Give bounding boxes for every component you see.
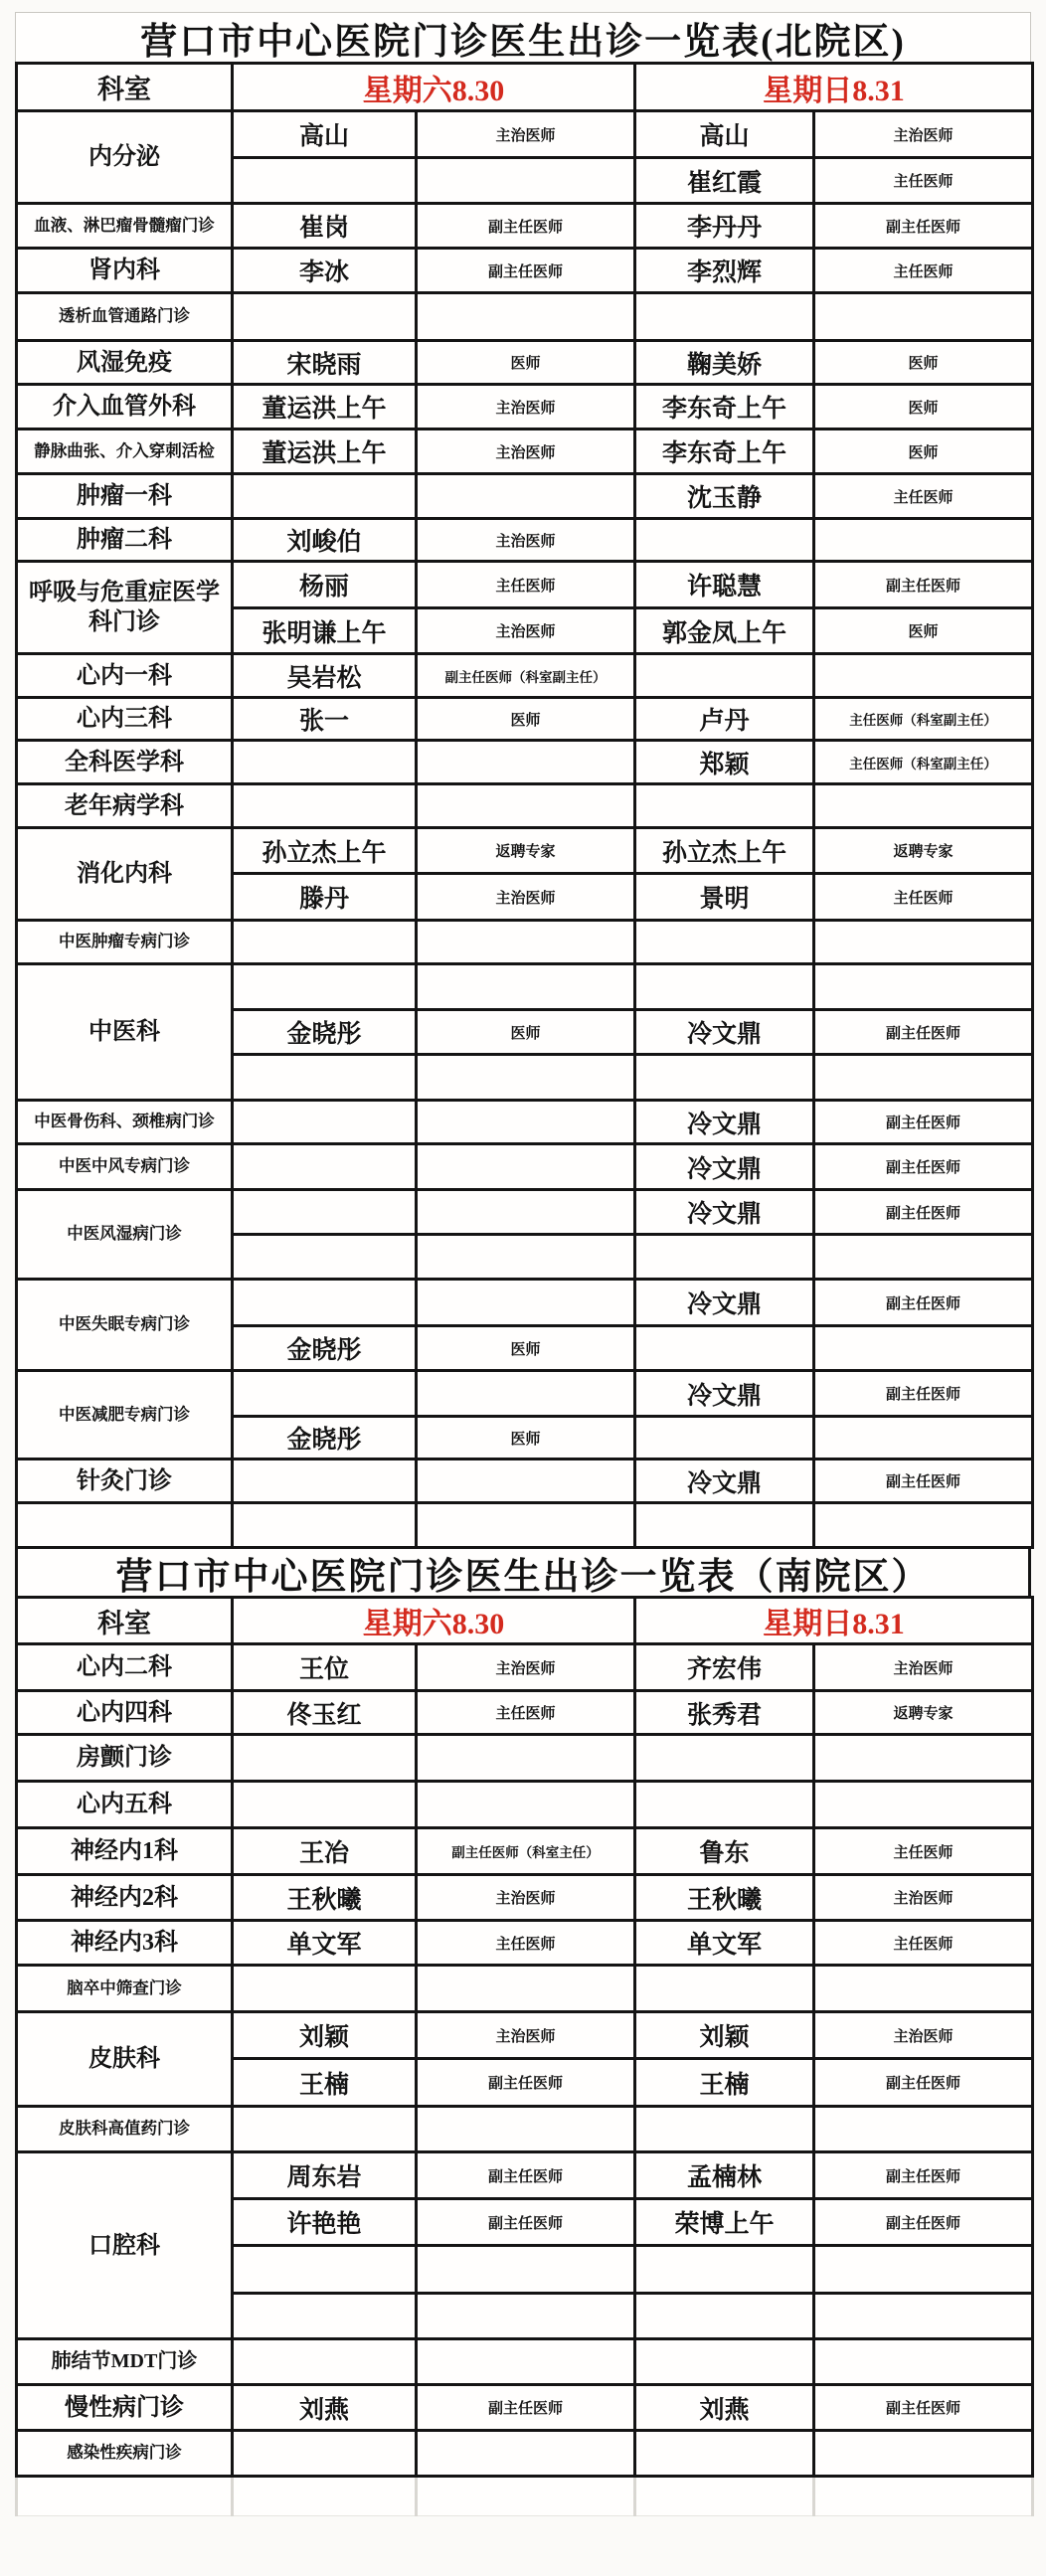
- department-cell: 内分泌: [17, 111, 233, 204]
- doctor-title-cell: 主治医师: [417, 874, 635, 921]
- doctor-name-cell: 张一: [233, 698, 417, 741]
- saturday-column-header: 星期六8.30: [233, 1598, 635, 1644]
- doctor-title-cell: 主任医师: [814, 1921, 1033, 1966]
- doctor-name-cell: [233, 1144, 417, 1190]
- doctor-title-cell: 副主任医师: [814, 1144, 1033, 1190]
- doctor-name-cell: [635, 2107, 814, 2152]
- department-cell: 神经内3科: [17, 1921, 233, 1966]
- doctor-name-cell: 单文军: [233, 1921, 417, 1966]
- department-cell: 神经内2科: [17, 1875, 233, 1921]
- doctor-name-cell: 金晓彤: [233, 1010, 417, 1055]
- doctor-title-cell: 医师: [417, 1417, 635, 1460]
- north-section-title: 营口市中心医院门诊医生出诊一览表(北院区): [15, 12, 1031, 62]
- table-row: 肺结节MDT门诊: [17, 2339, 1033, 2385]
- doctor-name-cell: [635, 2339, 814, 2385]
- doctor-name-cell: 董运洪上午: [233, 385, 417, 429]
- doctor-title-cell: 副主任医师: [814, 2152, 1033, 2199]
- doctor-name-cell: [635, 293, 814, 341]
- doctor-title-cell: 主治医师: [417, 385, 635, 429]
- doctor-title-cell: [814, 964, 1033, 1010]
- doctor-title-cell: 主任医师: [417, 1691, 635, 1735]
- doctor-title-cell: 主治医师: [417, 1644, 635, 1691]
- sunday-column-header: 星期日8.31: [635, 64, 1033, 111]
- table-row: 血液、淋巴瘤骨髓瘤门诊崔岗副主任医师李丹丹副主任医师: [17, 204, 1033, 249]
- doctor-name-cell: [635, 921, 814, 964]
- doctor-title-cell: [814, 2294, 1033, 2339]
- doctor-name-cell: 杨丽: [233, 562, 417, 608]
- doctor-name-cell: [233, 2477, 417, 2516]
- doctor-title-cell: [417, 474, 635, 519]
- table-row: 消化内科孙立杰上午返聘专家孙立杰上午返聘专家: [17, 828, 1033, 874]
- doctor-title-cell: [417, 2431, 635, 2477]
- doctor-title-cell: [814, 921, 1033, 964]
- doctor-title-cell: [417, 1101, 635, 1144]
- doctor-name-cell: [233, 1966, 417, 2012]
- doctor-title-cell: 主治医师: [814, 111, 1033, 158]
- table-row: 介入血管外科董运洪上午主治医师李东奇上午医师: [17, 385, 1033, 429]
- doctor-title-cell: 返聘专家: [814, 828, 1033, 874]
- doctor-title-cell: 副主任医师: [814, 1371, 1033, 1417]
- doctor-title-cell: [417, 1371, 635, 1417]
- schedule-section-south: 营口市中心医院门诊医生出诊一览表（南院区） 科室 星期六8.30 星期日8.31…: [15, 1549, 1031, 2516]
- doctor-title-cell: 副主任医师: [417, 2199, 635, 2246]
- doctor-title-cell: [417, 1735, 635, 1782]
- doctor-name-cell: 冷文鼎: [635, 1371, 814, 1417]
- doctor-title-cell: [814, 1735, 1033, 1782]
- doctor-name-cell: [233, 1503, 417, 1548]
- doctor-name-cell: 冷文鼎: [635, 1144, 814, 1190]
- doctor-name-cell: 鞠美娇: [635, 341, 814, 385]
- doctor-title-cell: [814, 654, 1033, 698]
- department-cell: 心内三科: [17, 698, 233, 741]
- doctor-name-cell: 高山: [635, 111, 814, 158]
- schedule-section-north: 营口市中心医院门诊医生出诊一览表(北院区) 科室 星期六8.30 星期日8.31…: [15, 12, 1031, 1549]
- doctor-name-cell: [233, 1371, 417, 1417]
- table-row: 心内三科张一医师卢丹主任医师（科室副主任）: [17, 698, 1033, 741]
- doctor-title-cell: 主治医师: [417, 111, 635, 158]
- department-cell: 针灸门诊: [17, 1460, 233, 1503]
- north-schedule-table: 科室 星期六8.30 星期日8.31 内分泌高山主治医师高山主治医师崔红霞主任医…: [15, 62, 1034, 1549]
- doctor-name-cell: 王冶: [233, 1828, 417, 1875]
- department-cell: 全科医学科: [17, 741, 233, 784]
- doctor-name-cell: [635, 784, 814, 828]
- doctor-name-cell: [233, 1055, 417, 1101]
- doctor-name-cell: 卢丹: [635, 698, 814, 741]
- doctor-name-cell: [233, 964, 417, 1010]
- doctor-title-cell: 主任医师: [417, 562, 635, 608]
- department-cell: 皮肤科: [17, 2012, 233, 2107]
- department-cell: 肿瘤一科: [17, 474, 233, 519]
- doctor-title-cell: [417, 2339, 635, 2385]
- doctor-name-cell: 张秀君: [635, 1691, 814, 1735]
- doctor-title-cell: [814, 2477, 1033, 2516]
- table-row: 神经内1科王冶副主任医师（科室主任）鲁东主任医师: [17, 1828, 1033, 1875]
- doctor-name-cell: 李东奇上午: [635, 385, 814, 429]
- doctor-title-cell: 医师: [417, 1010, 635, 1055]
- doctor-name-cell: 刘燕: [635, 2385, 814, 2431]
- table-row: 口腔科周东岩副主任医师孟楠林副主任医师: [17, 2152, 1033, 2199]
- doctor-name-cell: [233, 1280, 417, 1326]
- department-cell: 肿瘤二科: [17, 519, 233, 562]
- doctor-name-cell: 金晓彤: [233, 1417, 417, 1460]
- doctor-title-cell: 副主任医师: [814, 1101, 1033, 1144]
- doctor-title-cell: 副主任医师（科室主任）: [417, 1828, 635, 1875]
- table-row: 针灸门诊冷文鼎副主任医师: [17, 1460, 1033, 1503]
- doctor-title-cell: [417, 1190, 635, 1235]
- doctor-name-cell: [635, 964, 814, 1010]
- doctor-title-cell: [417, 1460, 635, 1503]
- doctor-title-cell: [417, 1144, 635, 1190]
- doctor-title-cell: [417, 1966, 635, 2012]
- table-row: 肾内科李冰副主任医师李烈辉主任医师: [17, 249, 1033, 293]
- doctor-name-cell: [635, 2294, 814, 2339]
- header-row: 科室 星期六8.30 星期日8.31: [17, 64, 1033, 111]
- department-cell: 感染性疾病门诊: [17, 2431, 233, 2477]
- doctor-name-cell: [233, 1190, 417, 1235]
- doctor-name-cell: 王秋曦: [635, 1875, 814, 1921]
- table-row: 心内五科: [17, 1782, 1033, 1828]
- department-cell: 中医风湿病门诊: [17, 1190, 233, 1280]
- department-cell: 心内一科: [17, 654, 233, 698]
- doctor-title-cell: 副主任医师（科室副主任）: [417, 654, 635, 698]
- table-row: 心内一科吴岩松副主任医师（科室副主任）: [17, 654, 1033, 698]
- doctor-title-cell: 主任医师: [814, 1828, 1033, 1875]
- doctor-title-cell: 医师: [814, 341, 1033, 385]
- doctor-name-cell: [233, 2339, 417, 2385]
- department-cell: [17, 2477, 233, 2516]
- doctor-title-cell: 主治医师: [814, 1875, 1033, 1921]
- doctor-name-cell: 王位: [233, 1644, 417, 1691]
- department-cell: 心内四科: [17, 1691, 233, 1735]
- doctor-name-cell: 金晓彤: [233, 1326, 417, 1371]
- table-row: 肿瘤二科刘峻伯主治医师: [17, 519, 1033, 562]
- doctor-title-cell: 主治医师: [417, 1875, 635, 1921]
- doctor-title-cell: [814, 1503, 1033, 1548]
- doctor-name-cell: 景明: [635, 874, 814, 921]
- doctor-title-cell: 副主任医师: [814, 1280, 1033, 1326]
- doctor-title-cell: [814, 1055, 1033, 1101]
- table-row: [17, 2477, 1033, 2516]
- doctor-title-cell: 主任医师（科室副主任）: [814, 741, 1033, 784]
- doctor-name-cell: 李东奇上午: [635, 429, 814, 474]
- doctor-name-cell: 鲁东: [635, 1828, 814, 1875]
- doctor-title-cell: 主任医师: [814, 158, 1033, 204]
- doctor-name-cell: [635, 1326, 814, 1371]
- table-row: 风湿免疫宋晓雨医师鞠美娇医师: [17, 341, 1033, 385]
- doctor-title-cell: 医师: [417, 1326, 635, 1371]
- doctor-title-cell: [814, 1326, 1033, 1371]
- department-cell: 老年病学科: [17, 784, 233, 828]
- doctor-title-cell: 主治医师: [417, 429, 635, 474]
- doctor-name-cell: [233, 2294, 417, 2339]
- doctor-name-cell: 许聪慧: [635, 562, 814, 608]
- department-column-header: 科室: [17, 1598, 233, 1644]
- doctor-title-cell: [814, 1235, 1033, 1280]
- doctor-title-cell: [417, 158, 635, 204]
- doctor-name-cell: [233, 1101, 417, 1144]
- table-row: 肿瘤一科沈玉静主任医师: [17, 474, 1033, 519]
- doctor-title-cell: [814, 1782, 1033, 1828]
- doctor-name-cell: 沈玉静: [635, 474, 814, 519]
- doctor-title-cell: 副主任医师: [417, 249, 635, 293]
- doctor-name-cell: [233, 158, 417, 204]
- doctor-title-cell: [417, 784, 635, 828]
- table-row: 皮肤科高值药门诊: [17, 2107, 1033, 2152]
- doctor-title-cell: [417, 293, 635, 341]
- doctor-name-cell: 王楠: [635, 2059, 814, 2107]
- doctor-title-cell: [417, 741, 635, 784]
- doctor-name-cell: [635, 2246, 814, 2294]
- department-cell: 中医肿瘤专病门诊: [17, 921, 233, 964]
- table-row: 心内四科佟玉红主任医师张秀君返聘专家: [17, 1691, 1033, 1735]
- doctor-name-cell: [233, 921, 417, 964]
- doctor-name-cell: 董运洪上午: [233, 429, 417, 474]
- doctor-title-cell: [417, 1280, 635, 1326]
- department-cell: 介入血管外科: [17, 385, 233, 429]
- south-table-body: 心内二科王位主治医师齐宏伟主治医师心内四科佟玉红主任医师张秀君返聘专家房颤门诊心…: [17, 1644, 1033, 2516]
- department-cell: 肾内科: [17, 249, 233, 293]
- doctor-title-cell: 主任医师（科室副主任）: [814, 698, 1033, 741]
- doctor-name-cell: 冷文鼎: [635, 1010, 814, 1055]
- doctor-name-cell: [233, 2107, 417, 2152]
- doctor-title-cell: 主治医师: [814, 2012, 1033, 2059]
- doctor-title-cell: [814, 1417, 1033, 1460]
- doctor-title-cell: 副主任医师: [814, 204, 1033, 249]
- doctor-name-cell: 李烈辉: [635, 249, 814, 293]
- doctor-name-cell: [635, 1417, 814, 1460]
- doctor-name-cell: [233, 1460, 417, 1503]
- doctor-name-cell: 高山: [233, 111, 417, 158]
- table-row: 老年病学科: [17, 784, 1033, 828]
- table-row: 感染性疾病门诊: [17, 2431, 1033, 2477]
- doctor-name-cell: [233, 1735, 417, 1782]
- doctor-title-cell: [814, 2107, 1033, 2152]
- department-cell: 中医中风专病门诊: [17, 1144, 233, 1190]
- doctor-name-cell: [635, 1735, 814, 1782]
- table-row: 房颤门诊: [17, 1735, 1033, 1782]
- department-cell: 脑卒中筛查门诊: [17, 1966, 233, 2012]
- doctor-name-cell: [635, 654, 814, 698]
- table-row: 内分泌高山主治医师高山主治医师: [17, 111, 1033, 158]
- header-row: 科室 星期六8.30 星期日8.31: [17, 1598, 1033, 1644]
- department-cell: 慢性病门诊: [17, 2385, 233, 2431]
- table-row: 中医肿瘤专病门诊: [17, 921, 1033, 964]
- doctor-name-cell: 张明谦上午: [233, 608, 417, 654]
- doctor-title-cell: 医师: [814, 429, 1033, 474]
- department-cell: 口腔科: [17, 2152, 233, 2339]
- doctor-title-cell: 返聘专家: [417, 828, 635, 874]
- doctor-name-cell: [233, 784, 417, 828]
- doctor-title-cell: 副主任医师: [814, 1010, 1033, 1055]
- department-cell: 心内二科: [17, 1644, 233, 1691]
- table-row: [17, 1503, 1033, 1548]
- south-schedule-table: 科室 星期六8.30 星期日8.31 心内二科王位主治医师齐宏伟主治医师心内四科…: [15, 1596, 1034, 2516]
- doctor-title-cell: 主治医师: [417, 608, 635, 654]
- table-row: 中医减肥专病门诊冷文鼎副主任医师: [17, 1371, 1033, 1417]
- doctor-name-cell: [635, 1782, 814, 1828]
- doctor-title-cell: [417, 2107, 635, 2152]
- doctor-title-cell: 医师: [814, 385, 1033, 429]
- doctor-name-cell: 滕丹: [233, 874, 417, 921]
- doctor-name-cell: 刘峻伯: [233, 519, 417, 562]
- doctor-name-cell: [233, 2431, 417, 2477]
- doctor-name-cell: 孙立杰上午: [635, 828, 814, 874]
- doctor-title-cell: 副主任医师: [417, 2152, 635, 2199]
- doctor-name-cell: 刘颖: [233, 2012, 417, 2059]
- doctor-title-cell: [814, 2431, 1033, 2477]
- doctor-name-cell: [635, 1503, 814, 1548]
- doctor-name-cell: 郑颖: [635, 741, 814, 784]
- sunday-column-header: 星期日8.31: [635, 1598, 1033, 1644]
- doctor-name-cell: [635, 1235, 814, 1280]
- doctor-title-cell: [814, 519, 1033, 562]
- doctor-title-cell: 主任医师: [814, 474, 1033, 519]
- doctor-name-cell: 王秋曦: [233, 1875, 417, 1921]
- table-row: 中医骨伤科、颈椎病门诊冷文鼎副主任医师: [17, 1101, 1033, 1144]
- doctor-title-cell: [417, 1782, 635, 1828]
- department-cell: 透析血管通路门诊: [17, 293, 233, 341]
- doctor-title-cell: 返聘专家: [814, 1691, 1033, 1735]
- doctor-title-cell: 医师: [417, 698, 635, 741]
- doctor-title-cell: 副主任医师: [814, 1190, 1033, 1235]
- doctor-title-cell: 主任医师: [814, 249, 1033, 293]
- doctor-name-cell: [635, 1966, 814, 2012]
- doctor-name-cell: [635, 519, 814, 562]
- north-table-body: 内分泌高山主治医师高山主治医师崔红霞主任医师血液、淋巴瘤骨髓瘤门诊崔岗副主任医师…: [17, 111, 1033, 1548]
- doctor-title-cell: 主任医师: [417, 1921, 635, 1966]
- doctor-title-cell: 副主任医师: [814, 2385, 1033, 2431]
- doctor-name-cell: 刘颖: [635, 2012, 814, 2059]
- doctor-name-cell: 吴岩松: [233, 654, 417, 698]
- saturday-column-header: 星期六8.30: [233, 64, 635, 111]
- doctor-title-cell: [417, 1503, 635, 1548]
- table-row: 全科医学科郑颖主任医师（科室副主任）: [17, 741, 1033, 784]
- doctor-name-cell: 李丹丹: [635, 204, 814, 249]
- doctor-name-cell: [635, 2431, 814, 2477]
- doctor-title-cell: 副主任医师: [814, 2199, 1033, 2246]
- doctor-title-cell: [417, 2246, 635, 2294]
- doctor-title-cell: [814, 2339, 1033, 2385]
- doctor-name-cell: 冷文鼎: [635, 1280, 814, 1326]
- doctor-title-cell: [417, 964, 635, 1010]
- doctor-name-cell: 单文军: [635, 1921, 814, 1966]
- doctor-name-cell: [233, 741, 417, 784]
- table-row: 脑卒中筛查门诊: [17, 1966, 1033, 2012]
- doctor-title-cell: [814, 293, 1033, 341]
- doctor-title-cell: 副主任医师: [814, 1460, 1033, 1503]
- department-cell: 中医科: [17, 964, 233, 1101]
- doctor-title-cell: 主治医师: [417, 2012, 635, 2059]
- department-column-header: 科室: [17, 64, 233, 111]
- table-row: 神经内2科王秋曦主治医师王秋曦主治医师: [17, 1875, 1033, 1921]
- doctor-title-cell: [417, 2294, 635, 2339]
- doctor-title-cell: 副主任医师: [417, 2385, 635, 2431]
- doctor-title-cell: [417, 1055, 635, 1101]
- doctor-name-cell: [233, 1235, 417, 1280]
- doctor-name-cell: [233, 2246, 417, 2294]
- doctor-title-cell: 副主任医师: [417, 2059, 635, 2107]
- doctor-name-cell: 冷文鼎: [635, 1190, 814, 1235]
- doctor-name-cell: 王楠: [233, 2059, 417, 2107]
- doctor-name-cell: 孙立杰上午: [233, 828, 417, 874]
- table-row: 中医中风专病门诊冷文鼎副主任医师: [17, 1144, 1033, 1190]
- doctor-name-cell: 崔岗: [233, 204, 417, 249]
- doctor-name-cell: 郭金凤上午: [635, 608, 814, 654]
- doctor-title-cell: [417, 1235, 635, 1280]
- doctor-name-cell: [635, 1055, 814, 1101]
- department-cell: 房颤门诊: [17, 1735, 233, 1782]
- table-row: 透析血管通路门诊: [17, 293, 1033, 341]
- doctor-name-cell: 齐宏伟: [635, 1644, 814, 1691]
- table-row: 慢性病门诊刘燕副主任医师刘燕副主任医师: [17, 2385, 1033, 2431]
- department-cell: 呼吸与危重症医学科门诊: [17, 562, 233, 654]
- doctor-name-cell: 崔红霞: [635, 158, 814, 204]
- table-row: 心内二科王位主治医师齐宏伟主治医师: [17, 1644, 1033, 1691]
- department-cell: 肺结节MDT门诊: [17, 2339, 233, 2385]
- table-row: 中医失眠专病门诊冷文鼎副主任医师: [17, 1280, 1033, 1326]
- department-cell: [17, 1503, 233, 1548]
- doctor-name-cell: 荣博上午: [635, 2199, 814, 2246]
- doctor-name-cell: 孟楠林: [635, 2152, 814, 2199]
- department-cell: 中医骨伤科、颈椎病门诊: [17, 1101, 233, 1144]
- department-cell: 静脉曲张、介入穿刺活检: [17, 429, 233, 474]
- doctor-name-cell: 周东岩: [233, 2152, 417, 2199]
- doctor-name-cell: [233, 293, 417, 341]
- doctor-name-cell: [635, 2477, 814, 2516]
- doctor-name-cell: [233, 474, 417, 519]
- doctor-title-cell: 医师: [814, 608, 1033, 654]
- department-cell: 血液、淋巴瘤骨髓瘤门诊: [17, 204, 233, 249]
- table-row: 皮肤科刘颖主治医师刘颖主治医师: [17, 2012, 1033, 2059]
- doctor-name-cell: 许艳艳: [233, 2199, 417, 2246]
- department-cell: 中医减肥专病门诊: [17, 1371, 233, 1460]
- table-row: 静脉曲张、介入穿刺活检董运洪上午主治医师李东奇上午医师: [17, 429, 1033, 474]
- doctor-title-cell: [814, 784, 1033, 828]
- doctor-title-cell: 副主任医师: [814, 2059, 1033, 2107]
- doctor-title-cell: [417, 2477, 635, 2516]
- department-cell: 风湿免疫: [17, 341, 233, 385]
- table-row: 中医风湿病门诊冷文鼎副主任医师: [17, 1190, 1033, 1235]
- table-row: 神经内3科单文军主任医师单文军主任医师: [17, 1921, 1033, 1966]
- department-cell: 神经内1科: [17, 1828, 233, 1875]
- doctor-title-cell: 主治医师: [417, 519, 635, 562]
- doctor-name-cell: 刘燕: [233, 2385, 417, 2431]
- department-cell: 皮肤科高值药门诊: [17, 2107, 233, 2152]
- doctor-name-cell: [233, 1782, 417, 1828]
- doctor-title-cell: 医师: [417, 341, 635, 385]
- table-row: 呼吸与危重症医学科门诊杨丽主任医师许聪慧副主任医师: [17, 562, 1033, 608]
- doctor-title-cell: [814, 1966, 1033, 2012]
- department-cell: 消化内科: [17, 828, 233, 921]
- doctor-title-cell: [814, 2246, 1033, 2294]
- doctor-title-cell: 主治医师: [814, 1644, 1033, 1691]
- doctor-title-cell: 副主任医师: [814, 562, 1033, 608]
- doctor-name-cell: 冷文鼎: [635, 1101, 814, 1144]
- doctor-name-cell: 冷文鼎: [635, 1460, 814, 1503]
- doctor-name-cell: 宋晓雨: [233, 341, 417, 385]
- doctor-title-cell: [417, 921, 635, 964]
- department-cell: 中医失眠专病门诊: [17, 1280, 233, 1371]
- doctor-name-cell: 佟玉红: [233, 1691, 417, 1735]
- doctor-name-cell: 李冰: [233, 249, 417, 293]
- schedule-page: 营口市中心医院门诊医生出诊一览表(北院区) 科室 星期六8.30 星期日8.31…: [0, 0, 1046, 2516]
- department-cell: 心内五科: [17, 1782, 233, 1828]
- south-section-title: 营口市中心医院门诊医生出诊一览表（南院区）: [15, 1549, 1031, 1596]
- doctor-title-cell: 副主任医师: [417, 204, 635, 249]
- doctor-title-cell: 主任医师: [814, 874, 1033, 921]
- table-row: 中医科: [17, 964, 1033, 1010]
